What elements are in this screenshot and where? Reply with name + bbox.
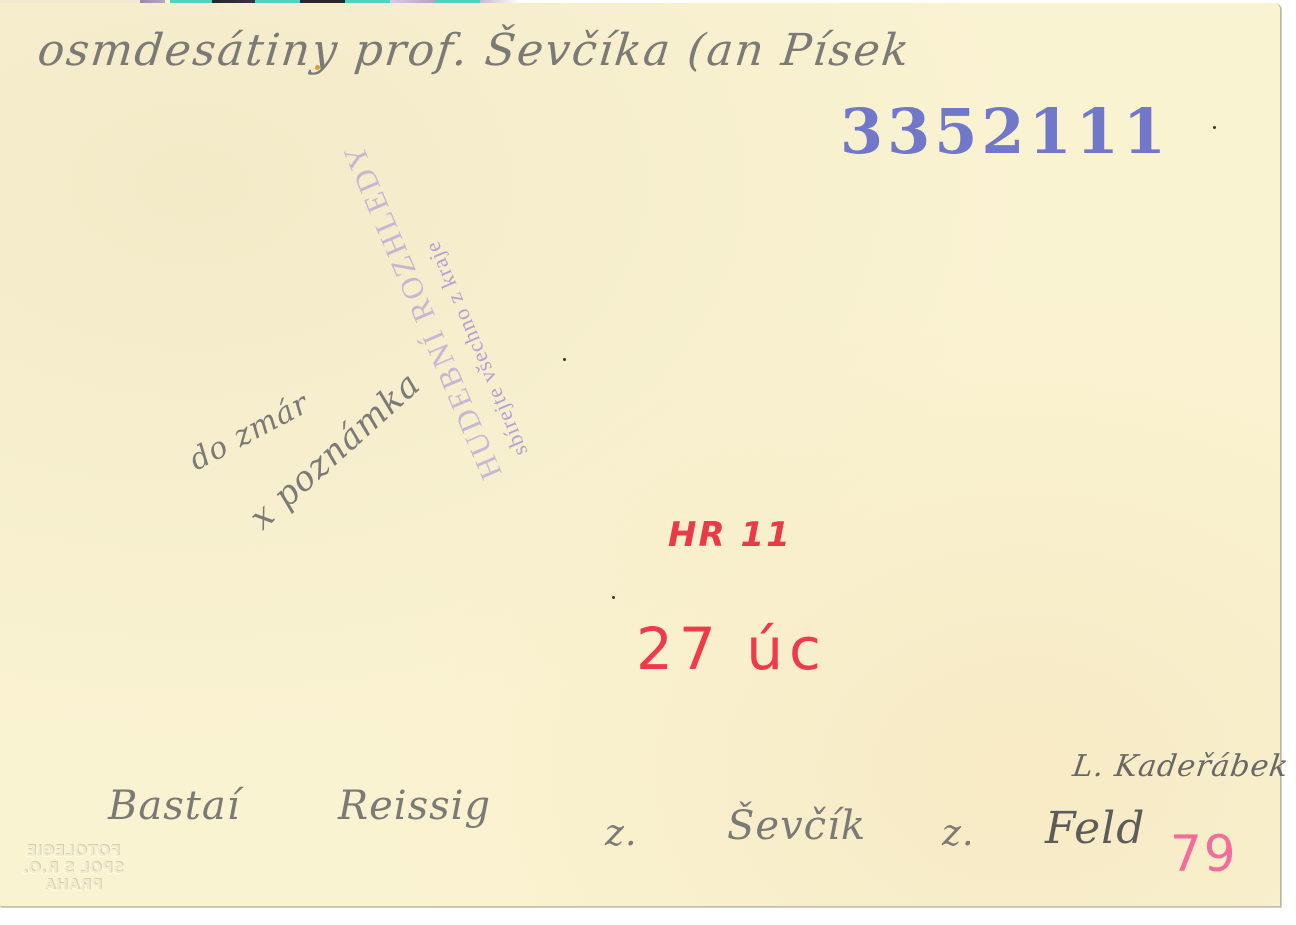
caption-name-reissig: Reissig [338, 783, 491, 829]
red-crayon-count: 27 úc [636, 615, 827, 683]
caption-name-sevcik: Ševčík [727, 803, 866, 849]
caption-marker-z2: z. [942, 813, 974, 854]
caption-marker-z1: z. [605, 813, 637, 854]
caption-name-bastai: Bastaí [108, 783, 240, 829]
emboss-line-2: SPOL S R.O. [8, 860, 138, 877]
paper-speck [612, 596, 615, 599]
caption-name-feld: Feld [1045, 803, 1145, 854]
photo-card-back: osmdesátiny prof. Ševčíka (an Písek 3352… [0, 3, 1281, 907]
photographer-emboss: FOTOLEGIE SPOL S R.O. PRAHA [8, 843, 138, 894]
paper-speck [1213, 126, 1216, 129]
handwritten-note-poznamka: x poznámka [242, 364, 429, 538]
emboss-line-3: PRAHA [8, 877, 138, 894]
paper-speck [315, 65, 320, 70]
scanned-photo-back: osmdesátiny prof. Ševčíka (an Písek 3352… [0, 0, 1296, 925]
archive-number-stamp: 3352111 [840, 95, 1170, 168]
paper-speck [563, 358, 566, 361]
pink-crayon-number: 79 [1170, 825, 1238, 883]
handwritten-title-note: osmdesátiny prof. Ševčíka (an Písek [35, 25, 913, 76]
red-crayon-code: HR 11 [668, 515, 792, 555]
emboss-line-1: FOTOLEGIE [8, 843, 138, 860]
caption-name-kaderabek: L. Kadeřábek [1071, 749, 1292, 784]
